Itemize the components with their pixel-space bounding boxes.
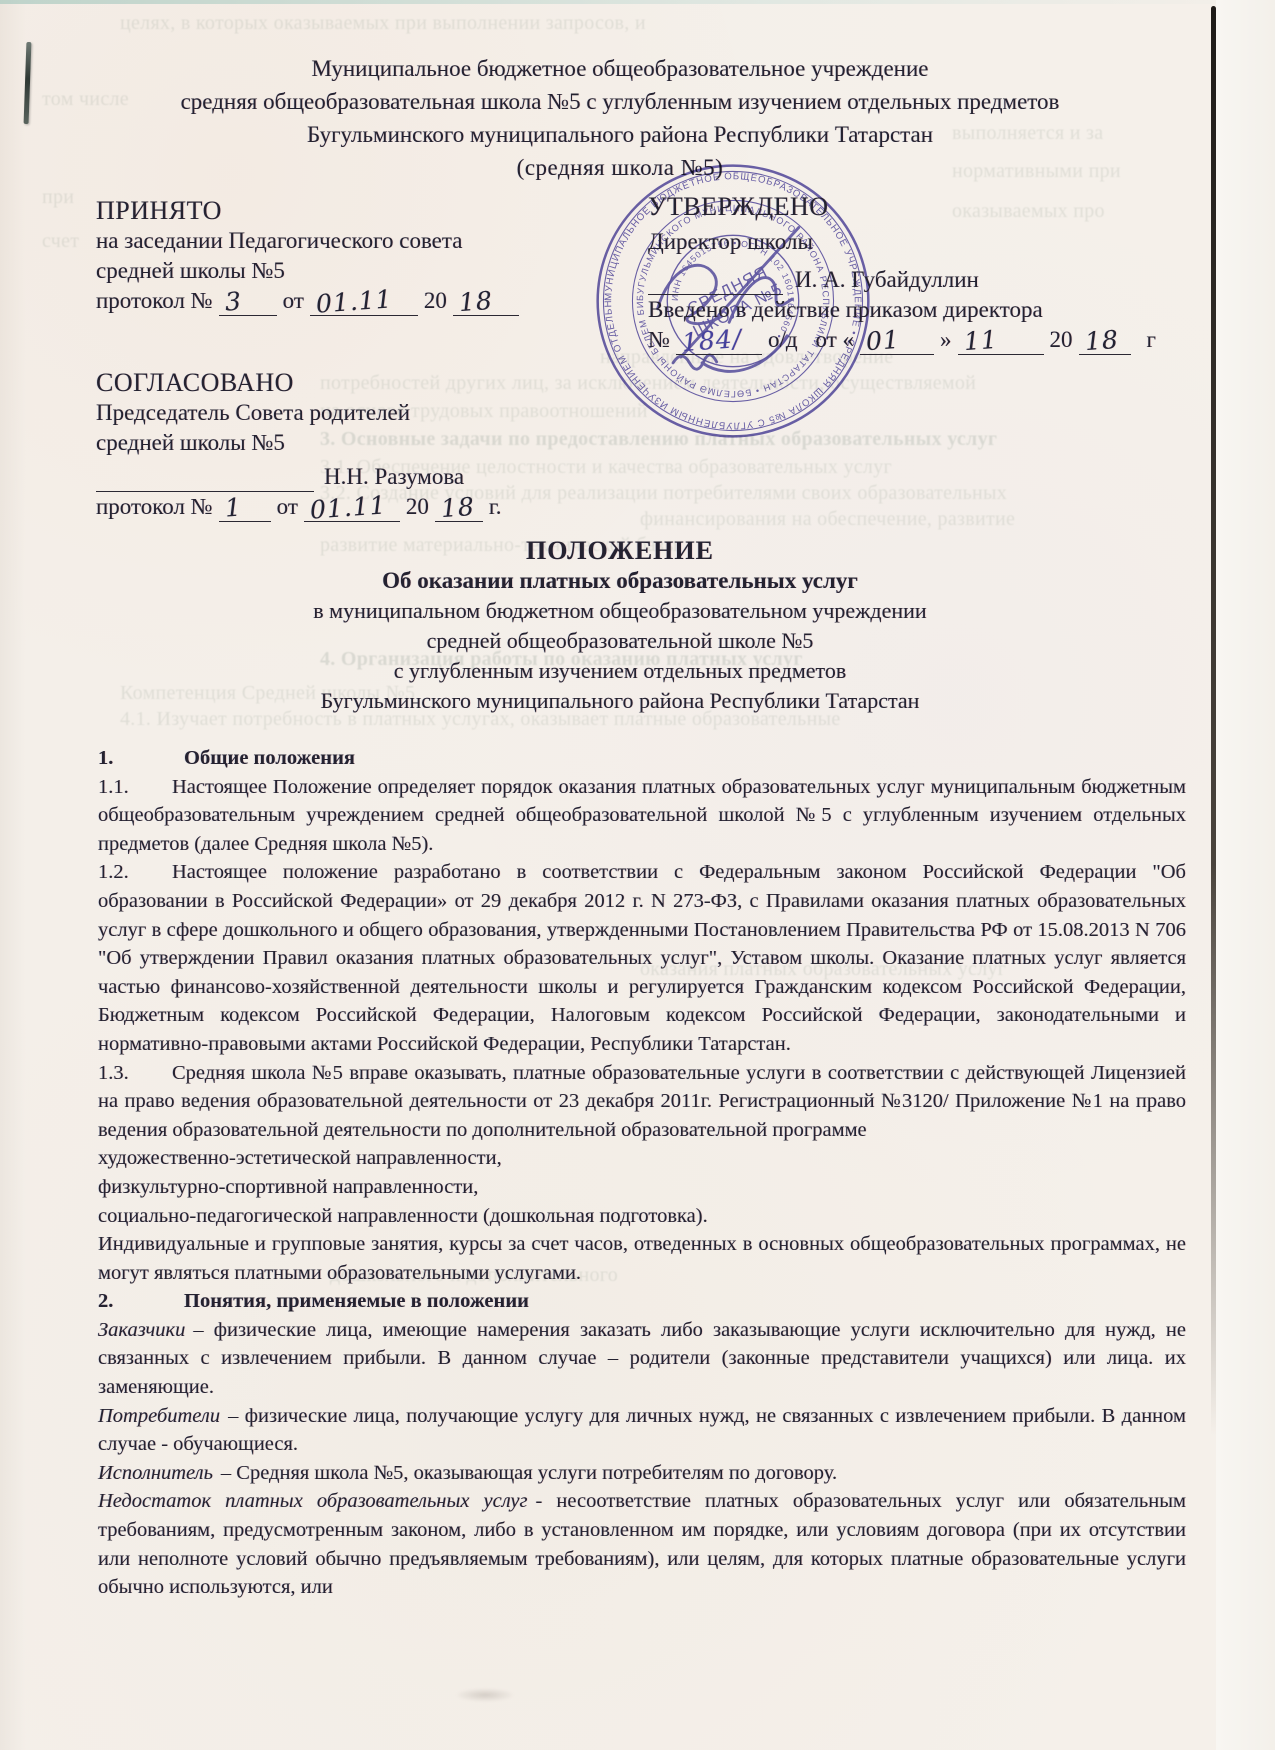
document-subtitle: Об оказании платных образовательных услу…: [30, 566, 1210, 596]
agreed-line: Председатель Совета родителей: [96, 398, 656, 428]
agreed-protocol-line: протокол № 1 от 01.11 20 18 г.: [96, 492, 656, 522]
protocol-year-field: 18: [453, 291, 519, 316]
letterhead-line: Муниципальное бюджетное общеобразователь…: [30, 52, 1210, 85]
program-direction-item: социально-педагогической направленности …: [98, 1202, 1186, 1231]
protocol-label: протокол №: [96, 492, 213, 522]
bleedthrough-text: финансирования на обеспечение, развитие: [640, 506, 1160, 532]
paragraph-1-3: 1.3.Средняя школа №5 вправе оказывать, п…: [98, 1059, 1186, 1145]
accepted-line: средней школы №5: [96, 256, 616, 286]
letterhead-line: Бугульминского муниципального района Рес…: [30, 118, 1210, 151]
program-direction-item: физкультурно-спортивной направленности,: [98, 1173, 1186, 1202]
approved-line: Введено в действие приказом директора: [648, 295, 1208, 325]
handwritten-protocol-number: 3: [224, 286, 243, 317]
scanned-document-page: целях, в которых оказываемых при выполне…: [0, 0, 1275, 1750]
protocol-label: протокол №: [96, 286, 213, 316]
letterhead-line: средняя общеобразовательная школа №5 с у…: [30, 85, 1210, 118]
signature-field: [96, 467, 314, 492]
order-number-field: 184/: [676, 330, 762, 355]
paragraph-number: 1.1.: [98, 773, 172, 802]
agreed-line: средней школы №5: [96, 428, 656, 458]
number-sign: №: [648, 325, 670, 355]
paragraph-1-final: Индивидуальные и групповые занятия, курс…: [98, 1230, 1186, 1287]
handwritten-protocol-number: 1: [224, 492, 243, 523]
handwritten-month: 11: [963, 325, 999, 357]
paragraph-number: 1.2.: [98, 858, 172, 887]
g-label: г.: [489, 492, 502, 522]
scan-edge-top: [0, 0, 1275, 4]
signature-field: [648, 270, 783, 295]
director-name: И. А. Губайдуллин: [795, 265, 979, 295]
paragraph-1-2: 1.2.Настоящее положение разработано в со…: [98, 858, 1186, 1058]
year-prefix: 20: [424, 286, 447, 316]
accepted-block: ПРИНЯТО на заседании Педагогического сов…: [96, 196, 616, 316]
approved-block: УТВЕРЖДЕНО Директор школы И. А. Губайдул…: [648, 192, 1208, 355]
document-title-line: Бугульминского муниципального района Рес…: [30, 686, 1210, 716]
approved-line: Директор школы: [648, 227, 1208, 257]
section-title: Понятия, применяемые в положении: [184, 1290, 529, 1312]
document-title-block: ПОЛОЖЕНИЕ Об оказании платных образовате…: [30, 536, 1210, 716]
approved-title: УТВЕРЖДЕНО: [648, 192, 1208, 222]
chair-name: Н.Н. Разумова: [324, 462, 464, 492]
document-title-line: с углубленным изучением отдельных предме…: [30, 656, 1210, 686]
accepted-title: ПРИНЯТО: [96, 196, 616, 226]
agreed-title: СОГЛАСОВАНО: [96, 368, 656, 398]
order-number-line: № 184/ о/д от « 01 » 11 20 18 г: [648, 325, 1208, 355]
section-2-heading: 2.Понятия, применяемые в положении: [98, 1287, 1186, 1316]
year-prefix: 20: [406, 492, 429, 522]
director-signature-line: И. А. Губайдуллин: [648, 265, 1208, 295]
order-year-field: 18: [1079, 330, 1131, 355]
section-number: 2.: [98, 1287, 184, 1316]
bleedthrough-text: целях, в которых оказываемых при выполне…: [120, 10, 1110, 36]
program-direction-item: художественно-эстетической направленност…: [98, 1144, 1186, 1173]
scanner-background-strip: [1216, 0, 1275, 1750]
definition-term: Потребители: [98, 1405, 220, 1427]
definition-potrebiteli: Потребители– физические лица, получающие…: [98, 1402, 1186, 1459]
protocol-number-field: 3: [219, 291, 277, 316]
document-title-line: средней общеобразовательной школе №5: [30, 626, 1210, 656]
accepted-line: на заседании Педагогического совета: [96, 226, 616, 256]
handwritten-day: 01: [865, 325, 901, 357]
definition-nedostatok: Недостаток платных образовательных услуг…: [98, 1487, 1186, 1601]
handwritten-date: 01.11: [309, 490, 387, 525]
quote-close: »: [940, 325, 952, 355]
section-title: Общие положения: [184, 747, 355, 769]
chair-signature-line: Н.Н. Разумова: [96, 462, 656, 492]
year-prefix: 20: [1050, 325, 1073, 355]
definition-ispolnitel: Исполнитель– Средняя школа №5, оказывающ…: [98, 1459, 1186, 1488]
protocol-number-field: 1: [219, 497, 271, 522]
definition-term: Недостаток платных образовательных услуг: [98, 1490, 528, 1512]
definition-term: Исполнитель: [98, 1462, 213, 1484]
pencil-smudge: [455, 1688, 515, 1702]
document-body: 1.Общие положения 1.1.Настоящее Положени…: [98, 744, 1186, 1602]
ot-label: от: [277, 492, 298, 522]
paragraph-number: 1.3.: [98, 1059, 172, 1088]
ot-label: от «: [816, 325, 855, 355]
document-title-line: в муниципальном бюджетном общеобразовате…: [30, 596, 1210, 626]
section-number: 1.: [98, 744, 184, 773]
handwritten-date: 01.11: [315, 284, 393, 319]
protocol-year-field: 18: [435, 497, 483, 522]
handwritten-year: 18: [1084, 325, 1120, 357]
handwritten-year: 18: [458, 286, 494, 318]
order-day-field: 01: [860, 330, 934, 355]
section-1-heading: 1.Общие положения: [98, 744, 1186, 773]
handwritten-year: 18: [440, 492, 476, 524]
g-label: г: [1147, 325, 1156, 355]
definition-term: Заказчики: [98, 1319, 185, 1341]
protocol-date-field: 01.11: [304, 497, 400, 522]
accepted-protocol-line: протокол № 3 от 01.11 20 18: [96, 286, 616, 316]
handwritten-order-number: 184/: [681, 324, 743, 358]
paragraph-1-1: 1.1.Настоящее Положение определяет поряд…: [98, 773, 1186, 859]
od-label: о/д: [768, 325, 798, 355]
ot-label: от: [283, 286, 304, 316]
order-month-field: 11: [958, 330, 1044, 355]
document-title: ПОЛОЖЕНИЕ: [30, 536, 1210, 566]
definition-zakazchiki: Заказчики– физические лица, имеющие наме…: [98, 1316, 1186, 1402]
agreed-block: СОГЛАСОВАНО Председатель Совета родителе…: [96, 368, 656, 522]
protocol-date-field: 01.11: [310, 291, 418, 316]
bleedthrough-text: при: [42, 184, 102, 210]
